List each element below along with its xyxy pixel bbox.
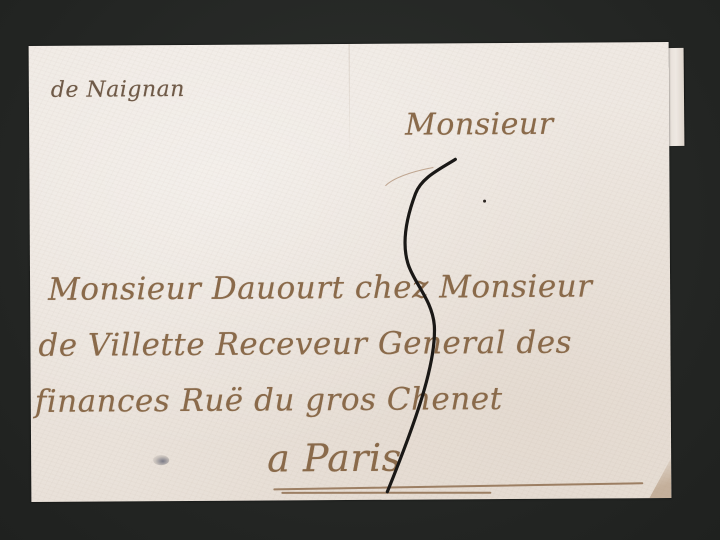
destination-underline-2 xyxy=(281,492,491,494)
address-line-3: finances Ruë du gros Chenet xyxy=(35,381,503,420)
destination: a Paris xyxy=(267,436,402,481)
salutation: Monsieur xyxy=(405,107,554,143)
corner-stain xyxy=(649,458,671,498)
letter-cover: de Naignan Monsieur Monsieur Dauourt che… xyxy=(29,42,672,502)
photo-stage: de Naignan Monsieur Monsieur Dauourt che… xyxy=(0,0,720,540)
fold-crease xyxy=(349,44,351,164)
pin-hole xyxy=(153,455,169,465)
origin-docket: de Naignan xyxy=(51,77,185,103)
address-line-1: Monsieur Dauourt chez Monsieur xyxy=(48,269,593,308)
destination-underline xyxy=(273,482,643,490)
address-line-2: de Villette Receveur General des xyxy=(38,325,572,364)
